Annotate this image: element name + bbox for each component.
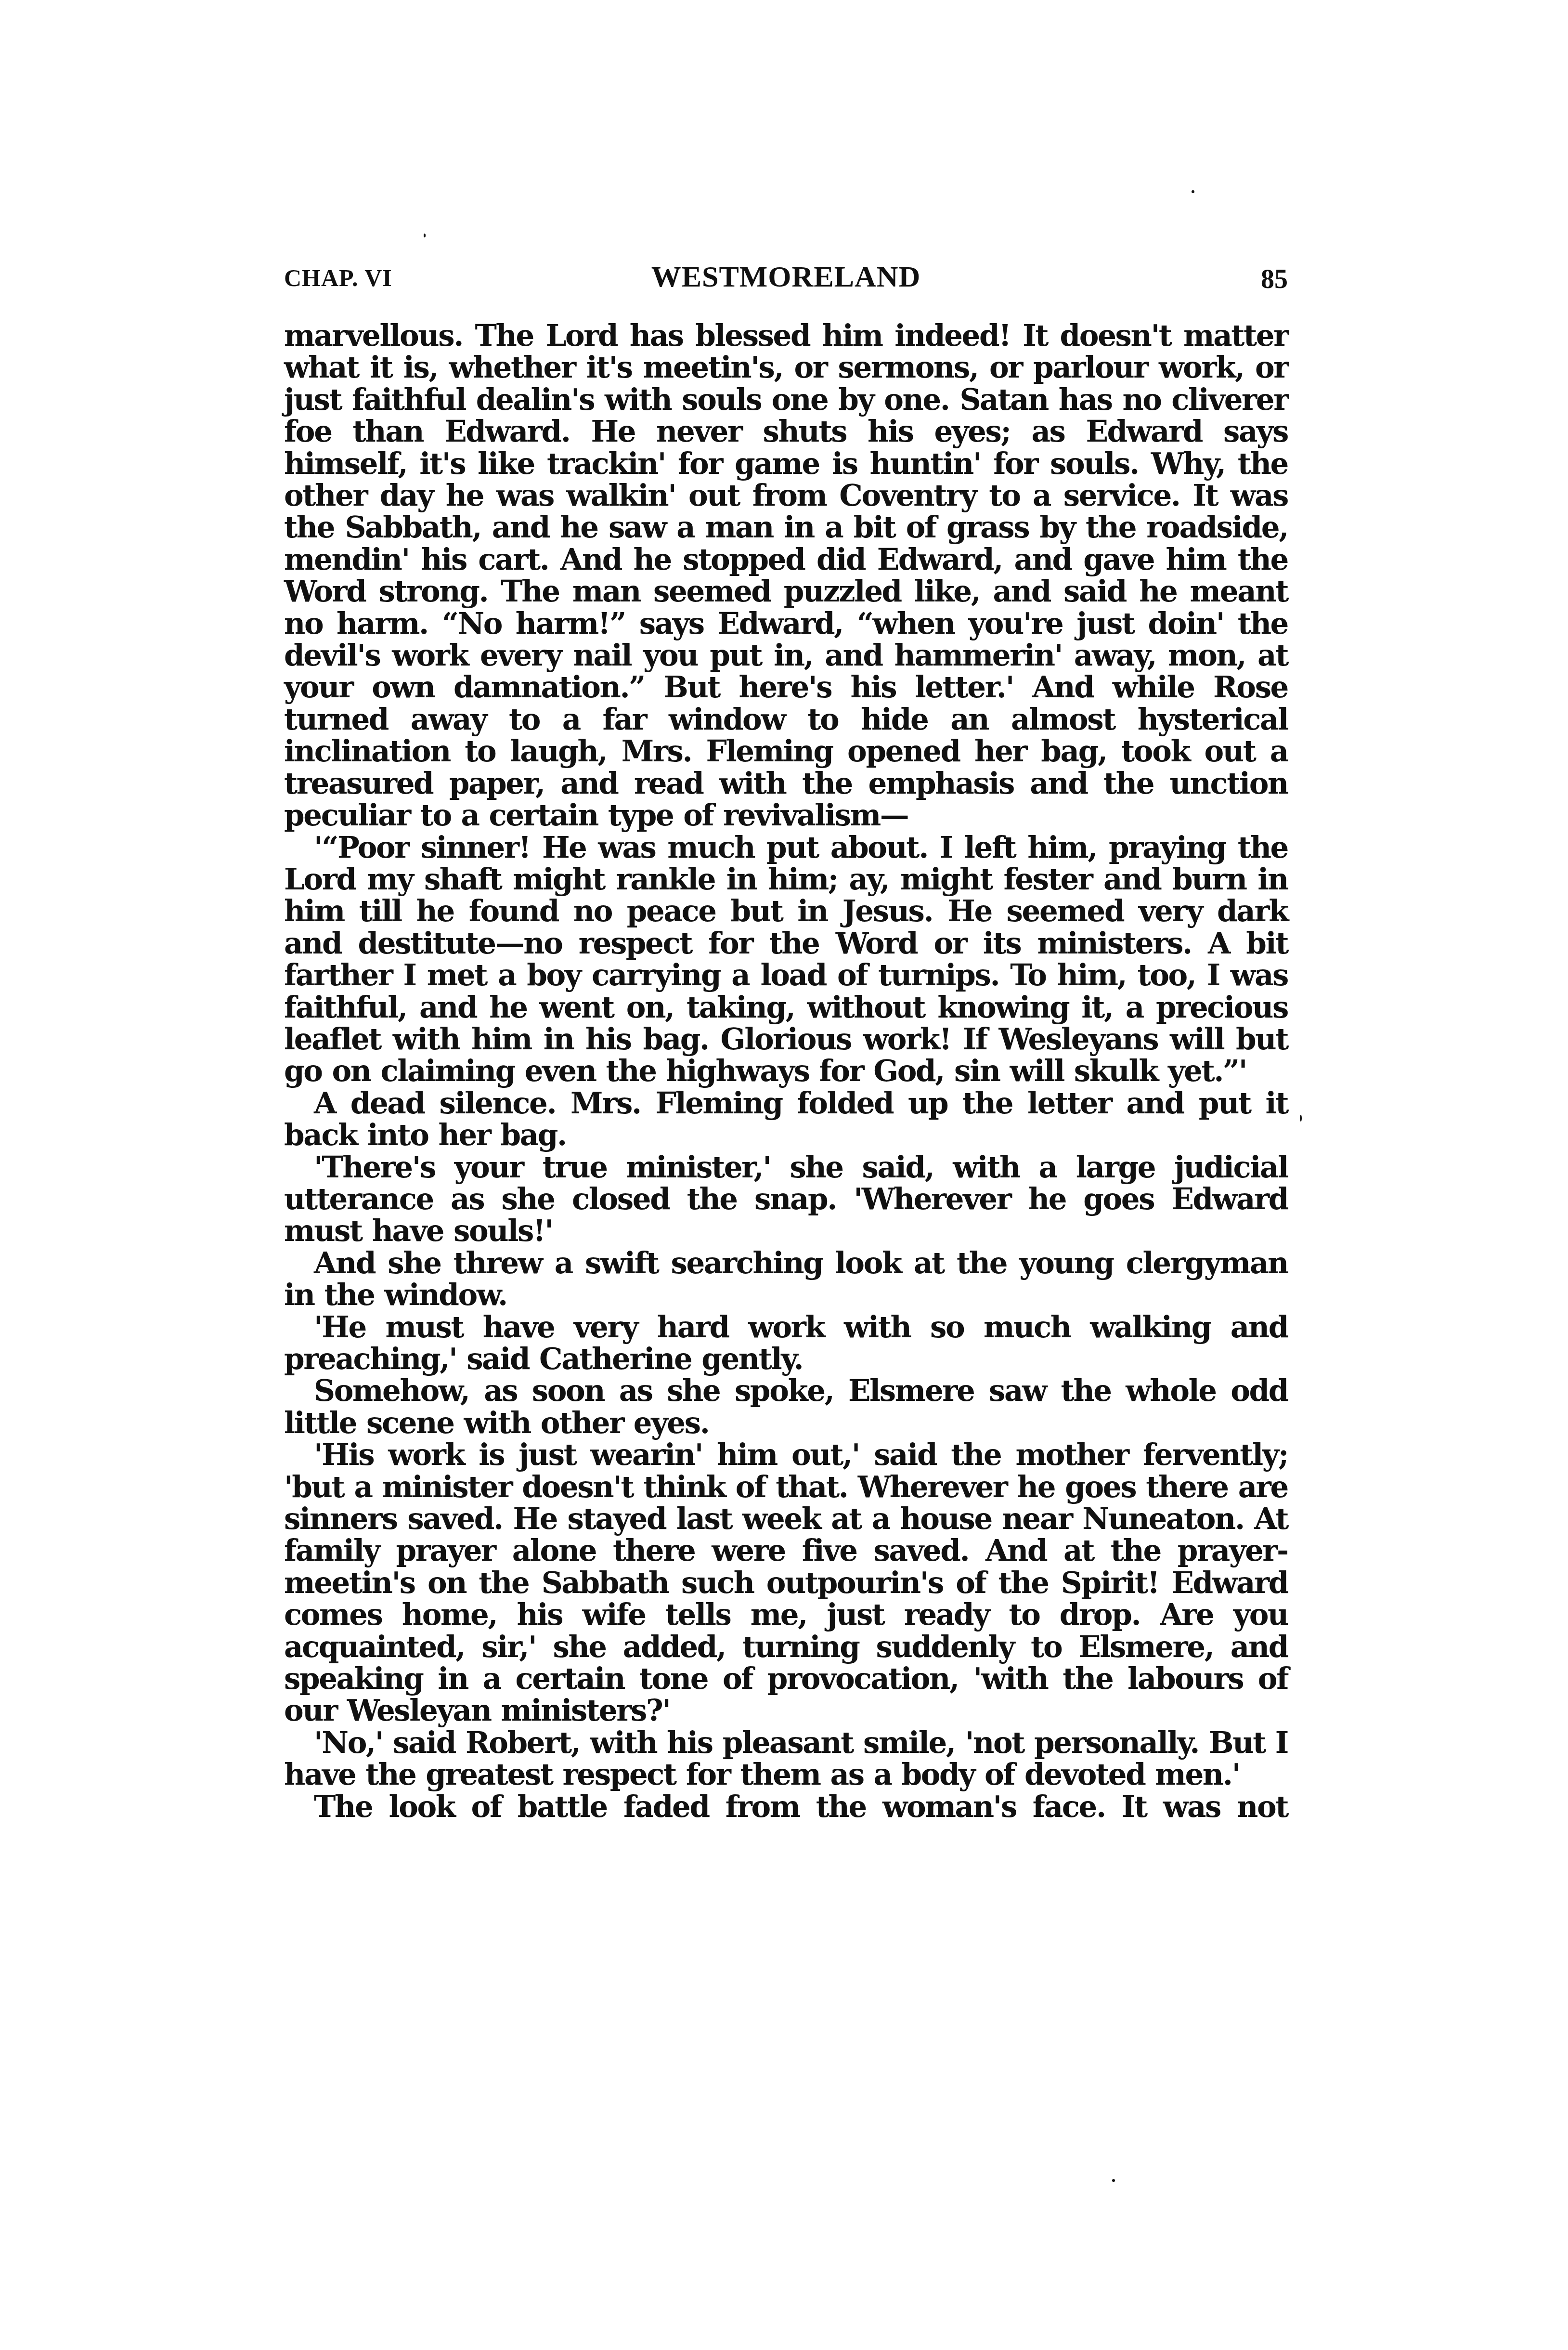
paragraph: A dead silence. Mrs. Fleming folded up t…	[284, 1088, 1288, 1152]
paragraph: 'His work is just wearin' him out,' said…	[284, 1439, 1288, 1727]
paragraph: '“Poor sinner! He was much put about. I …	[284, 832, 1288, 1088]
scan-speck	[1112, 2179, 1115, 2182]
paragraph: 'There's your true minister,' she said, …	[284, 1152, 1288, 1248]
paragraph: And she threw a swift searching look at …	[284, 1248, 1288, 1312]
running-header: CHAP. VI WESTMORELAND 85	[284, 264, 1288, 302]
paragraph: marvellous. The Lord has blessed him ind…	[284, 320, 1288, 832]
scan-speck	[1300, 1115, 1302, 1122]
scan-speck	[424, 234, 426, 237]
page-number: 85	[1261, 264, 1288, 295]
paragraph: Somehow, as soon as she spoke, Elsmere s…	[284, 1375, 1288, 1439]
paragraph: 'He must have very hard work with so muc…	[284, 1312, 1288, 1376]
running-title: WESTMORELAND	[284, 260, 1288, 294]
scan-speck	[1192, 190, 1194, 193]
paragraph: The look of battle faded from the woman'…	[284, 1791, 1288, 1823]
body-text: marvellous. The Lord has blessed him ind…	[284, 320, 1288, 1823]
paragraph: 'No,' said Robert, with his pleasant smi…	[284, 1727, 1288, 1791]
